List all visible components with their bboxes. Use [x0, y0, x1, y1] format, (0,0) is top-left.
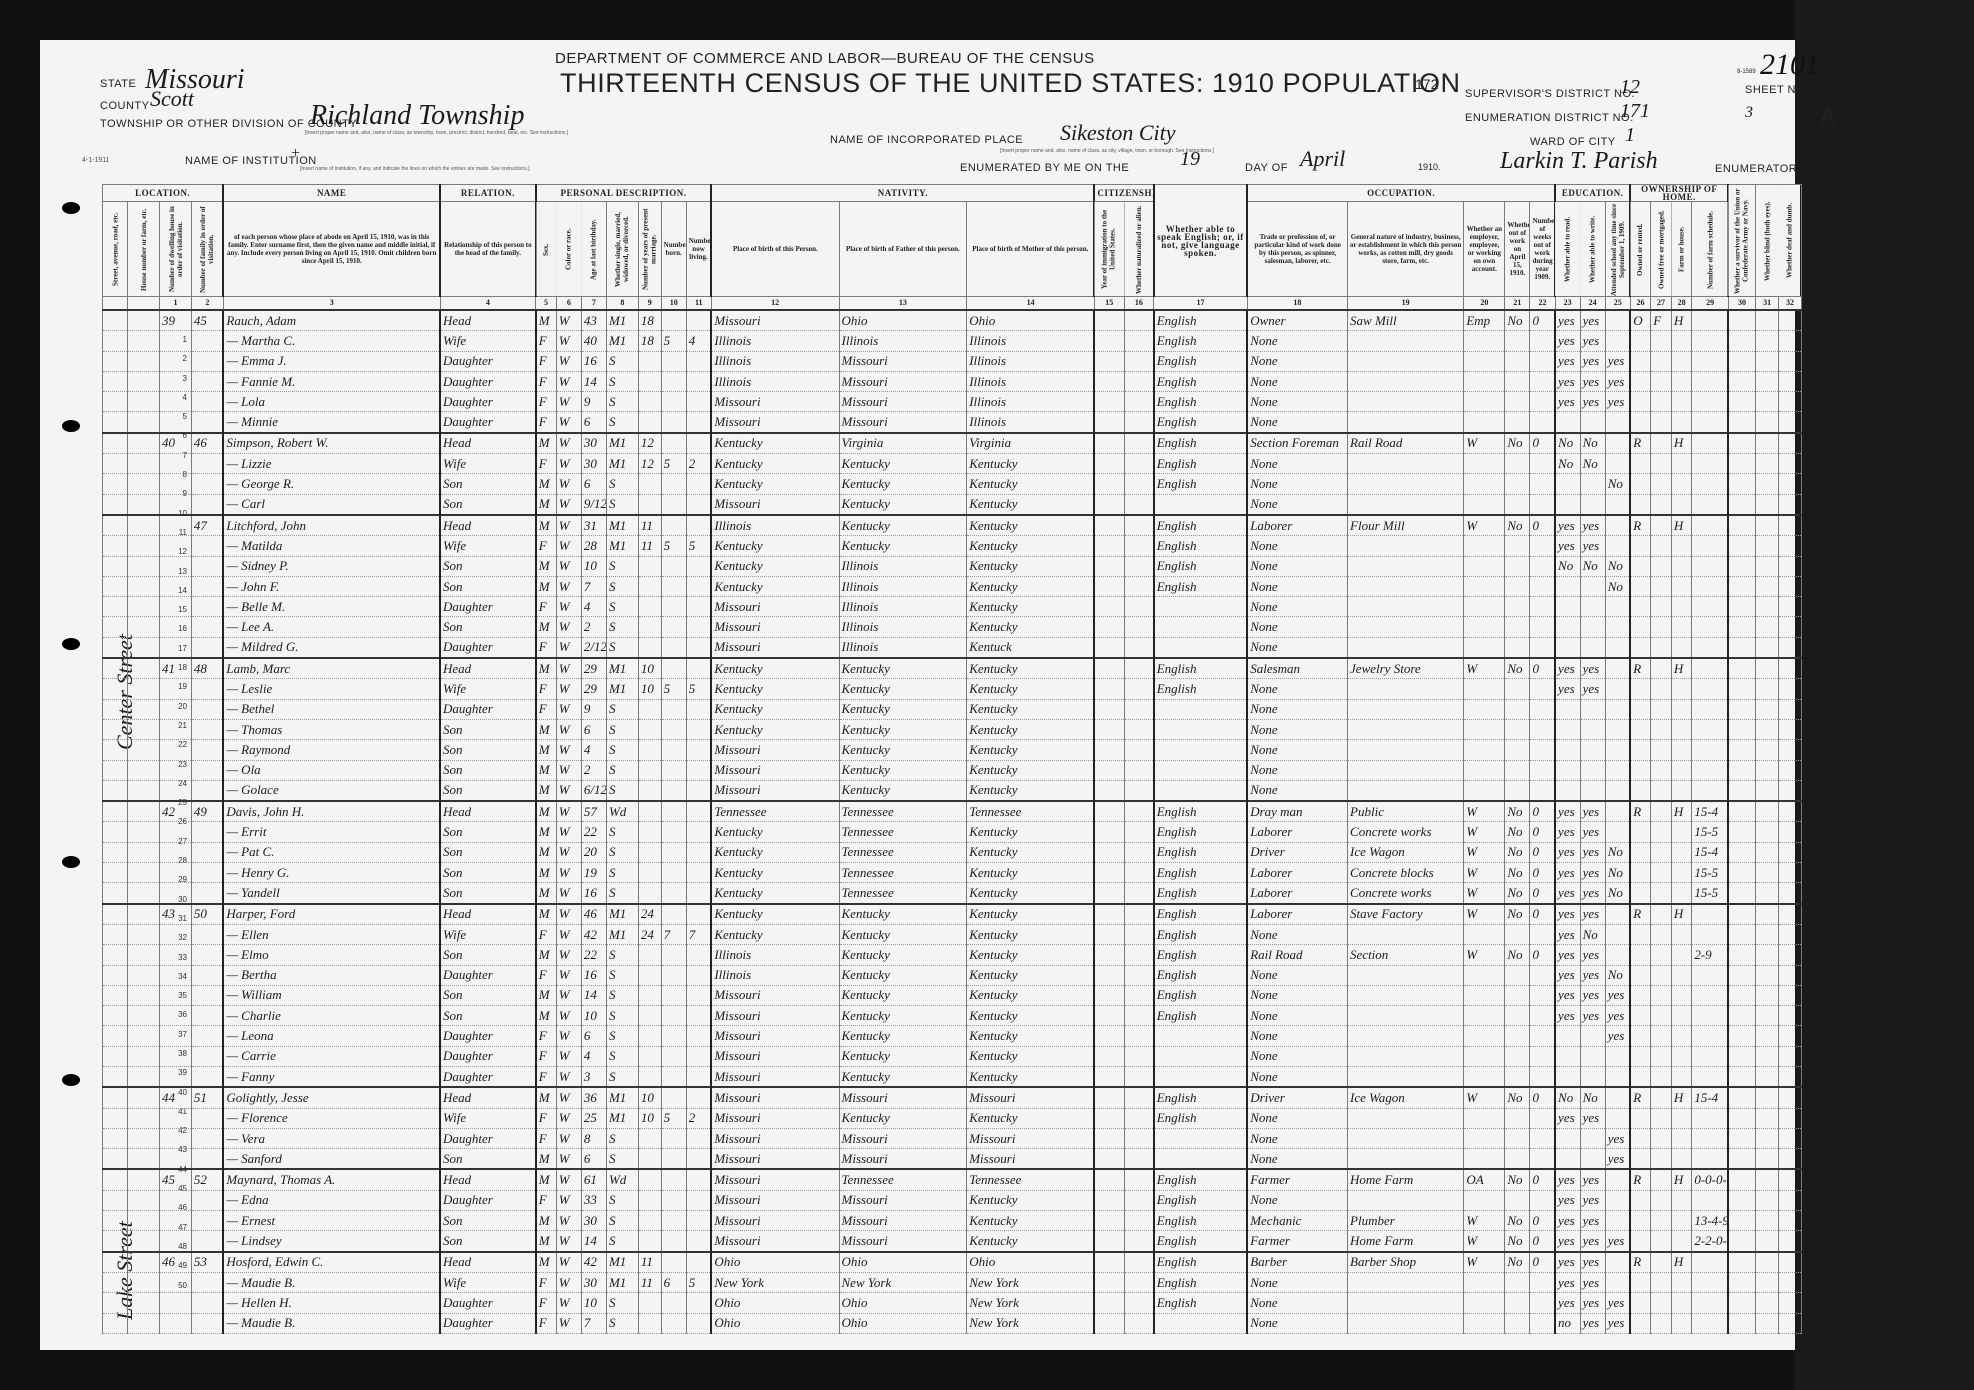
cell-nat: [1124, 556, 1154, 576]
cell-dwelling: [160, 1066, 192, 1087]
cell-street: [103, 863, 128, 883]
cell-school: [1605, 515, 1630, 536]
cell-imm: [1094, 1252, 1124, 1273]
cell-sched: 15-4: [1692, 801, 1728, 822]
cell-free: [1651, 1026, 1672, 1046]
cell-color: W: [556, 1046, 581, 1066]
cell-age: 7: [581, 576, 606, 596]
cell-mother: Missouri: [967, 1149, 1095, 1170]
cell-born: [661, 1190, 686, 1210]
cell-trade: None: [1247, 637, 1347, 658]
cell-emp: [1464, 760, 1505, 780]
column-number: 3: [223, 297, 440, 311]
cell-emp: OA: [1464, 1169, 1505, 1190]
cell-own: [1630, 822, 1651, 842]
cell-blind: [1756, 719, 1779, 739]
cell-school: No: [1605, 863, 1630, 883]
cell-blind: [1756, 331, 1779, 351]
cell-imm: [1094, 1211, 1124, 1231]
cell-years: [638, 392, 661, 412]
cell-read: yes: [1555, 536, 1580, 556]
cell-free: [1651, 985, 1672, 1005]
cell-years: 11: [638, 536, 661, 556]
cell-nat: [1124, 740, 1154, 760]
cell-ow: [1505, 1108, 1530, 1128]
cell-vet: [1728, 1066, 1755, 1087]
county-value: Scott: [150, 86, 194, 112]
cell-color: W: [556, 699, 581, 719]
cell-relation: Wife: [440, 679, 536, 699]
column-number: 10: [661, 297, 686, 311]
cell-fh: [1671, 494, 1692, 515]
table-row: 4350Harper, FordHeadMW46M124KentuckyKent…: [103, 904, 1802, 925]
enumerated-day: 19: [1180, 148, 1200, 171]
cell-emp: W: [1464, 842, 1505, 862]
cell-family: [191, 760, 223, 780]
cell-read: yes: [1555, 842, 1580, 862]
cell-school: [1605, 597, 1630, 617]
cell-school: yes: [1605, 351, 1630, 371]
table-row: — GolaceSonMW6/12SMissouriKentuckyKentuc…: [103, 780, 1802, 801]
cell-father: Kentucky: [839, 658, 967, 679]
cell-mother: Kentuck: [967, 637, 1095, 658]
cell-lang: English: [1154, 863, 1247, 883]
cell-read: yes: [1555, 1293, 1580, 1313]
cell-free: [1651, 699, 1672, 719]
cell-read: yes: [1555, 1272, 1580, 1292]
cell-street: [103, 924, 128, 944]
cell-age: 46: [581, 904, 606, 925]
cell-school: [1605, 945, 1630, 965]
table-row: — Maudie B.DaughterFW7SOhioOhioNew YorkN…: [103, 1313, 1802, 1333]
cell-family: [191, 965, 223, 985]
cell-birth: Kentucky: [711, 822, 839, 842]
cell-color: W: [556, 454, 581, 474]
cell-color: W: [556, 474, 581, 494]
cell-name: — Yandell: [223, 883, 440, 904]
cell-living: 5: [686, 536, 711, 556]
cell-vet: [1728, 679, 1755, 699]
cell-write: yes: [1580, 801, 1605, 822]
cell-father: Illinois: [839, 556, 967, 576]
cell-sex: F: [536, 1190, 557, 1210]
cell-read: [1555, 1026, 1580, 1046]
cell-read: [1555, 474, 1580, 494]
cell-school: [1605, 412, 1630, 433]
cell-vet: [1728, 1211, 1755, 1231]
cell-father: Missouri: [839, 412, 967, 433]
cell-deaf: [1778, 392, 1801, 412]
cell-free: [1651, 454, 1672, 474]
cell-sex: M: [536, 617, 557, 637]
cell-trade: None: [1247, 1190, 1347, 1210]
cell-write: yes: [1580, 1169, 1605, 1190]
cell-vet: [1728, 1252, 1755, 1273]
cell-marital: S: [606, 494, 638, 515]
cell-marital: M1: [606, 658, 638, 679]
cell-marital: S: [606, 617, 638, 637]
cell-years: [638, 1046, 661, 1066]
cell-father: Tennessee: [839, 822, 967, 842]
table-row: 3945Rauch, AdamHeadMW43M118MissouriOhioO…: [103, 310, 1802, 331]
cell-sex: M: [536, 658, 557, 679]
cell-marital: S: [606, 740, 638, 760]
cell-industry: [1348, 719, 1464, 739]
cell-name: — Ernest: [223, 1211, 440, 1231]
cell-marital: M1: [606, 310, 638, 331]
cell-blind: [1756, 904, 1779, 925]
cell-nat: [1124, 474, 1154, 494]
cell-father: Kentucky: [839, 924, 967, 944]
cell-relation: Son: [440, 1006, 536, 1026]
cell-vet: [1728, 412, 1755, 433]
cell-read: No: [1555, 454, 1580, 474]
cell-sched: 2-9: [1692, 945, 1728, 965]
cell-dwelling: [160, 494, 192, 515]
cell-industry: Barber Shop: [1348, 1252, 1464, 1273]
cell-marital: M1: [606, 924, 638, 944]
cell-relation: Daughter: [440, 392, 536, 412]
cell-living: 2: [686, 1108, 711, 1128]
cell-marital: M1: [606, 1272, 638, 1292]
cell-sex: F: [536, 924, 557, 944]
cell-wk: [1530, 1190, 1555, 1210]
cell-school: yes: [1605, 1128, 1630, 1148]
column-number: 24: [1580, 297, 1605, 311]
cell-emp: [1464, 740, 1505, 760]
cell-ow: No: [1505, 842, 1530, 862]
cell-school: [1605, 760, 1630, 780]
cell-own: R: [1630, 433, 1651, 454]
cell-sex: F: [536, 351, 557, 371]
cell-industry: [1348, 556, 1464, 576]
group-ownership: OWNERSHIP OF HOME.: [1630, 185, 1728, 202]
cell-marital: S: [606, 1046, 638, 1066]
cell-years: [638, 1006, 661, 1026]
cell-fh: [1671, 1026, 1692, 1046]
cell-write: [1580, 474, 1605, 494]
cell-school: No: [1605, 883, 1630, 904]
cell-living: 5: [686, 1272, 711, 1292]
cell-family: [191, 371, 223, 391]
cell-years: [638, 351, 661, 371]
cell-trade: Laborer: [1247, 883, 1347, 904]
cell-nat: [1124, 924, 1154, 944]
cell-write: yes: [1580, 822, 1605, 842]
cell-age: 33: [581, 1190, 606, 1210]
cell-school: yes: [1605, 1231, 1630, 1252]
cell-lang: [1154, 719, 1247, 739]
column-number: 1: [160, 297, 192, 311]
cell-fh: [1671, 637, 1692, 658]
cell-house: [128, 658, 160, 679]
cell-free: [1651, 515, 1672, 536]
cell-trade: None: [1247, 760, 1347, 780]
cell-school: No: [1605, 842, 1630, 862]
cell-born: [661, 1231, 686, 1252]
cell-living: [686, 474, 711, 494]
cell-wk: 0: [1530, 863, 1555, 883]
cell-wk: [1530, 494, 1555, 515]
cell-free: [1651, 412, 1672, 433]
cell-marital: M1: [606, 536, 638, 556]
cell-marital: S: [606, 597, 638, 617]
cell-industry: [1348, 679, 1464, 699]
table-row: — CarrieDaughterFW4SMissouriKentuckyKent…: [103, 1046, 1802, 1066]
cell-street: [103, 1149, 128, 1170]
cell-fh: [1671, 617, 1692, 637]
cell-lang: English: [1154, 1272, 1247, 1292]
cell-fh: H: [1671, 801, 1692, 822]
cell-street: [103, 1026, 128, 1046]
cell-fh: [1671, 351, 1692, 371]
cell-dwelling: [160, 1231, 192, 1252]
cell-nat: [1124, 719, 1154, 739]
cell-free: [1651, 1313, 1672, 1333]
cell-own: [1630, 1272, 1651, 1292]
cell-birth: Tennessee: [711, 801, 839, 822]
cell-industry: [1348, 1026, 1464, 1046]
cell-born: [661, 883, 686, 904]
cell-born: 5: [661, 1108, 686, 1128]
cell-free: [1651, 904, 1672, 925]
cell-deaf: [1778, 1149, 1801, 1170]
cell-own: [1630, 371, 1651, 391]
cell-own: [1630, 1128, 1651, 1148]
cell-trade: None: [1247, 1006, 1347, 1026]
cell-name: — Hellen H.: [223, 1293, 440, 1313]
cell-industry: [1348, 371, 1464, 391]
cell-vet: [1728, 924, 1755, 944]
cell-lang: English: [1154, 454, 1247, 474]
cell-nat: [1124, 760, 1154, 780]
cell-own: [1630, 1149, 1651, 1170]
cell-write: yes: [1580, 1211, 1605, 1231]
cell-deaf: [1778, 1108, 1801, 1128]
cell-write: [1580, 780, 1605, 801]
cell-street: [103, 760, 128, 780]
cell-sex: M: [536, 822, 557, 842]
cell-mother: Kentucky: [967, 780, 1095, 801]
cell-blind: [1756, 1252, 1779, 1273]
cell-write: yes: [1580, 1272, 1605, 1292]
cell-read: yes: [1555, 515, 1580, 536]
cell-name: — George R.: [223, 474, 440, 494]
cell-age: 9/12: [581, 494, 606, 515]
cell-father: Illinois: [839, 331, 967, 351]
cell-write: [1580, 597, 1605, 617]
cell-fh: H: [1671, 1252, 1692, 1273]
cell-read: yes: [1555, 371, 1580, 391]
cell-born: [661, 351, 686, 371]
cell-house: [128, 945, 160, 965]
table-row: — Emma J.DaughterFW16SIllinoisMissouriIl…: [103, 351, 1802, 371]
cell-vet: [1728, 474, 1755, 494]
cell-vet: [1728, 1026, 1755, 1046]
cell-living: 5: [686, 679, 711, 699]
cell-write: yes: [1580, 863, 1605, 883]
cell-relation: Daughter: [440, 1026, 536, 1046]
cell-relation: Daughter: [440, 1313, 536, 1333]
cell-house: [128, 454, 160, 474]
cell-emp: [1464, 1006, 1505, 1026]
cell-fh: [1671, 392, 1692, 412]
cell-lang: [1154, 494, 1247, 515]
cell-sex: M: [536, 433, 557, 454]
cell-family: 49: [191, 801, 223, 822]
cell-dwelling: [160, 597, 192, 617]
cell-mother: Missouri: [967, 1087, 1095, 1108]
cell-own: [1630, 474, 1651, 494]
cell-deaf: [1778, 679, 1801, 699]
cell-blind: [1756, 740, 1779, 760]
cell-trade: None: [1247, 1128, 1347, 1148]
cell-father: Illinois: [839, 617, 967, 637]
cell-school: [1605, 1211, 1630, 1231]
cell-deaf: [1778, 883, 1801, 904]
cell-blind: [1756, 597, 1779, 617]
cell-wk: [1530, 412, 1555, 433]
cell-industry: Rail Road: [1348, 433, 1464, 454]
cell-sex: M: [536, 842, 557, 862]
cell-living: [686, 822, 711, 842]
header-read: Whether able to read.: [1555, 202, 1580, 297]
cell-write: [1580, 1149, 1605, 1170]
cell-blind: [1756, 1128, 1779, 1148]
cell-relation: Wife: [440, 536, 536, 556]
cell-marital: S: [606, 965, 638, 985]
cell-free: [1651, 474, 1672, 494]
cell-age: 4: [581, 597, 606, 617]
binder-hole: [62, 1074, 80, 1086]
cell-blind: [1756, 1272, 1779, 1292]
cell-sex: F: [536, 1313, 557, 1333]
cell-trade: Owner: [1247, 310, 1347, 331]
cell-color: W: [556, 965, 581, 985]
cell-imm: [1094, 1046, 1124, 1066]
cell-vet: [1728, 556, 1755, 576]
cell-street: [103, 801, 128, 822]
table-row: — VeraDaughterFW8SMissouriMissouriMissou…: [103, 1128, 1802, 1148]
cell-industry: Public: [1348, 801, 1464, 822]
cell-nat: [1124, 945, 1154, 965]
cell-birth: Missouri: [711, 1149, 839, 1170]
cell-deaf: [1778, 1066, 1801, 1087]
cell-family: [191, 679, 223, 699]
column-number: 13: [839, 297, 967, 311]
cell-ow: [1505, 965, 1530, 985]
cell-born: [661, 863, 686, 883]
column-number: [103, 297, 128, 311]
cell-deaf: [1778, 822, 1801, 842]
cell-read: yes: [1555, 1231, 1580, 1252]
cell-own: R: [1630, 904, 1651, 925]
cell-blind: [1756, 658, 1779, 679]
table-row: — EllenWifeFW42M12477KentuckyKentuckyKen…: [103, 924, 1802, 944]
cell-born: 5: [661, 536, 686, 556]
header-deaf: Whether deaf and dumb.: [1778, 185, 1801, 297]
cell-name: — Fanny: [223, 1066, 440, 1087]
cell-free: [1651, 597, 1672, 617]
cell-ow: [1505, 719, 1530, 739]
cell-nat: [1124, 351, 1154, 371]
cell-sched: [1692, 904, 1728, 925]
cell-wk: [1530, 617, 1555, 637]
cell-dwelling: [160, 780, 192, 801]
cell-deaf: [1778, 1046, 1801, 1066]
cell-sex: F: [536, 331, 557, 351]
cell-ow: [1505, 760, 1530, 780]
cell-wk: [1530, 699, 1555, 719]
cell-living: [686, 351, 711, 371]
cell-house: [128, 351, 160, 371]
cell-vet: [1728, 904, 1755, 925]
cell-industry: Home Farm: [1348, 1169, 1464, 1190]
cell-school: yes: [1605, 1006, 1630, 1026]
cell-family: [191, 536, 223, 556]
cell-birth: Ohio: [711, 1313, 839, 1333]
cell-vet: [1728, 433, 1755, 454]
cell-sched: [1692, 474, 1728, 494]
cell-own: [1630, 965, 1651, 985]
cell-father: Missouri: [839, 392, 967, 412]
cell-family: [191, 474, 223, 494]
cell-marital: M1: [606, 433, 638, 454]
cell-deaf: [1778, 597, 1801, 617]
stamp: 8-1589: [1737, 69, 1756, 75]
cell-nat: [1124, 1293, 1154, 1313]
cell-blind: [1756, 1087, 1779, 1108]
cell-dwelling: [160, 822, 192, 842]
cell-sched: [1692, 1190, 1728, 1210]
cell-house: [128, 536, 160, 556]
cell-sex: F: [536, 965, 557, 985]
cell-birth: Missouri: [711, 1046, 839, 1066]
cell-sex: M: [536, 1149, 557, 1170]
cell-family: [191, 863, 223, 883]
column-number: 27: [1651, 297, 1672, 311]
cell-lang: English: [1154, 883, 1247, 904]
cell-family: [191, 1006, 223, 1026]
cell-school: [1605, 433, 1630, 454]
cell-vet: [1728, 454, 1755, 474]
cell-free: [1651, 1169, 1672, 1190]
cell-years: [638, 1066, 661, 1087]
cell-nat: [1124, 1026, 1154, 1046]
cell-blind: [1756, 637, 1779, 658]
table-body: 3945Rauch, AdamHeadMW43M118MissouriOhioO…: [103, 310, 1802, 1333]
table-row: — SanfordSonMW6SMissouriMissouriMissouri…: [103, 1149, 1802, 1170]
cell-age: 6: [581, 719, 606, 739]
cell-vet: [1728, 617, 1755, 637]
cell-living: [686, 597, 711, 617]
cell-years: [638, 699, 661, 719]
cell-mother: Kentucky: [967, 842, 1095, 862]
cell-ow: [1505, 1026, 1530, 1046]
cell-relation: Son: [440, 822, 536, 842]
cell-sex: M: [536, 310, 557, 331]
cell-age: 4: [581, 740, 606, 760]
cell-industry: Flour Mill: [1348, 515, 1464, 536]
cell-emp: [1464, 536, 1505, 556]
cell-living: [686, 699, 711, 719]
cell-emp: [1464, 679, 1505, 699]
cell-lang: English: [1154, 679, 1247, 699]
cell-ow: No: [1505, 658, 1530, 679]
enumerated-label: ENUMERATED BY ME ON THE: [960, 162, 1129, 174]
cell-read: [1555, 637, 1580, 658]
cell-wk: [1530, 760, 1555, 780]
